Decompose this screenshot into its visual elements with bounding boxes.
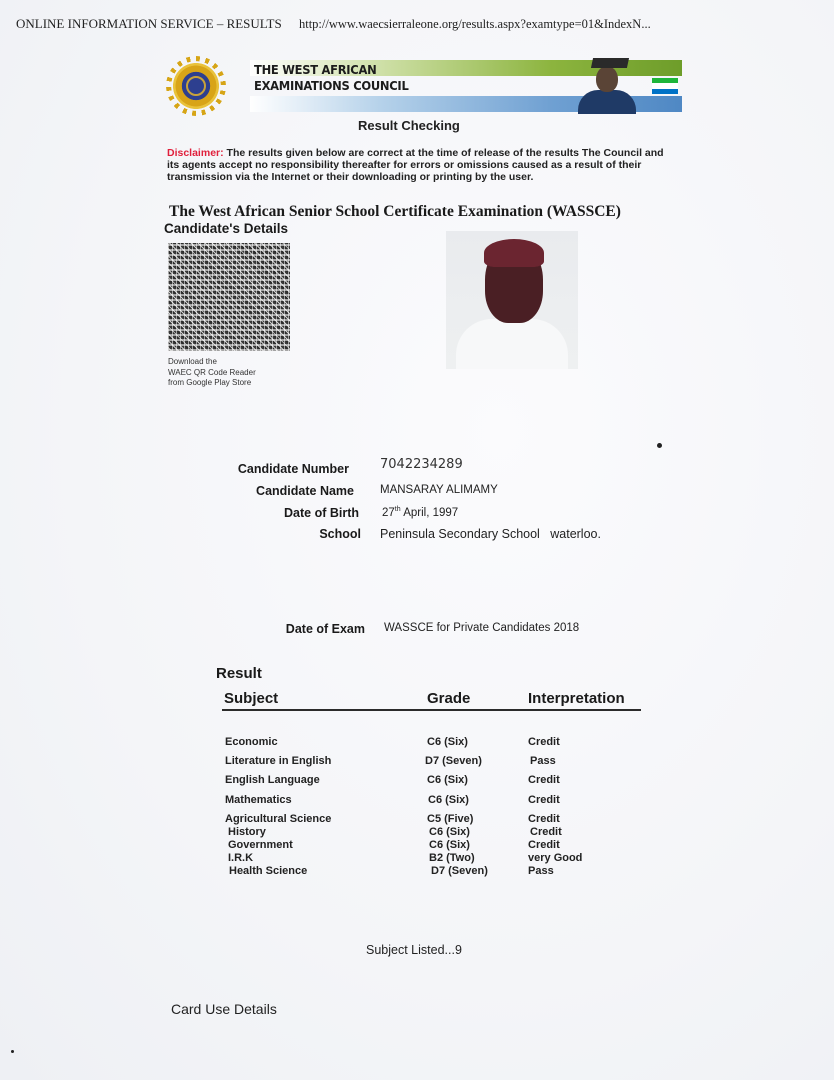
cell-interpretation: Credit <box>530 826 562 838</box>
graduate-image <box>572 56 638 114</box>
waec-banner: THE WEST AFRICAN EXAMINATIONS COUNCIL <box>162 56 682 116</box>
cell-grade: D7 (Seven) <box>431 865 488 877</box>
column-header-interpretation: Interpretation <box>528 690 625 707</box>
disclaimer-text: The results given below are correct at t… <box>167 147 664 183</box>
cell-subject: Government <box>228 839 293 851</box>
cell-subject: History <box>228 826 266 838</box>
qr-code <box>168 243 290 351</box>
cell-interpretation: Pass <box>528 865 554 877</box>
print-header: ONLINE INFORMATION SERVICE – RESULTS htt… <box>16 16 651 32</box>
school-label: School <box>319 527 361 541</box>
dob-label: Date of Birth <box>284 506 359 520</box>
disclaimer: Disclaimer: The results given below are … <box>167 147 677 183</box>
council-name: THE WEST AFRICAN EXAMINATIONS COUNCIL <box>254 62 409 94</box>
cell-grade: C6 (Six) <box>428 794 469 806</box>
qr-caption: Download the WAEC QR Code Reader from Go… <box>168 357 256 389</box>
cell-grade: D7 (Seven) <box>425 755 482 767</box>
candidate-number-label: Candidate Number <box>238 462 349 476</box>
cell-grade: B2 (Two) <box>429 852 475 864</box>
cell-subject: I.R.K <box>228 852 253 864</box>
cell-subject: Agricultural Science <box>225 813 331 825</box>
cell-subject: English Language <box>225 774 320 786</box>
candidate-details-heading: Candidate's Details <box>164 221 288 236</box>
print-header-url: http://www.waecsierraleone.org/results.a… <box>299 17 651 31</box>
result-heading: Result <box>216 665 262 682</box>
cell-interpretation: Credit <box>528 839 560 851</box>
disclaimer-label: Disclaimer: <box>167 147 224 159</box>
column-header-grade: Grade <box>427 690 470 707</box>
candidate-name-label: Candidate Name <box>256 484 354 498</box>
dob-value: 27th April, 1997 <box>382 506 458 519</box>
cell-interpretation: very Good <box>528 852 582 864</box>
exam-title: The West African Senior School Certifica… <box>169 203 621 221</box>
candidate-number-value: 7042234289 <box>380 457 463 472</box>
cell-interpretation: Credit <box>528 774 560 786</box>
cell-subject: Mathematics <box>225 794 292 806</box>
header-divider <box>222 709 641 711</box>
cell-subject: Health Science <box>229 865 307 877</box>
exam-date-label: Date of Exam <box>286 622 365 636</box>
scan-speck <box>657 443 662 448</box>
scan-speck <box>11 1050 14 1053</box>
sierra-leone-flag-icon <box>652 78 678 94</box>
exam-date-value: WASSCE for Private Candidates 2018 <box>384 622 579 634</box>
candidate-photo <box>446 231 578 369</box>
cell-subject: Literature in English <box>225 755 331 767</box>
cell-grade: C6 (Six) <box>427 774 468 786</box>
cell-interpretation: Credit <box>528 736 560 748</box>
cell-grade: C6 (Six) <box>427 736 468 748</box>
cell-interpretation: Credit <box>528 813 560 825</box>
column-header-subject: Subject <box>224 690 278 707</box>
card-use-heading: Card Use Details <box>171 1001 277 1017</box>
cell-interpretation: Pass <box>530 755 556 767</box>
page-title: Result Checking <box>358 118 460 133</box>
cell-grade: C6 (Six) <box>429 839 470 851</box>
school-value: Peninsula Secondary School waterloo. <box>380 527 601 541</box>
cell-grade: C6 (Six) <box>429 826 470 838</box>
waec-seal-icon <box>170 60 222 112</box>
cell-grade: C5 (Five) <box>427 813 473 825</box>
print-header-title: ONLINE INFORMATION SERVICE – RESULTS <box>16 16 282 31</box>
candidate-name-value: MANSARAY ALIMAMY <box>380 484 498 496</box>
cell-subject: Economic <box>225 736 278 748</box>
subject-count: Subject Listed...9 <box>366 943 462 957</box>
cell-interpretation: Credit <box>528 794 560 806</box>
